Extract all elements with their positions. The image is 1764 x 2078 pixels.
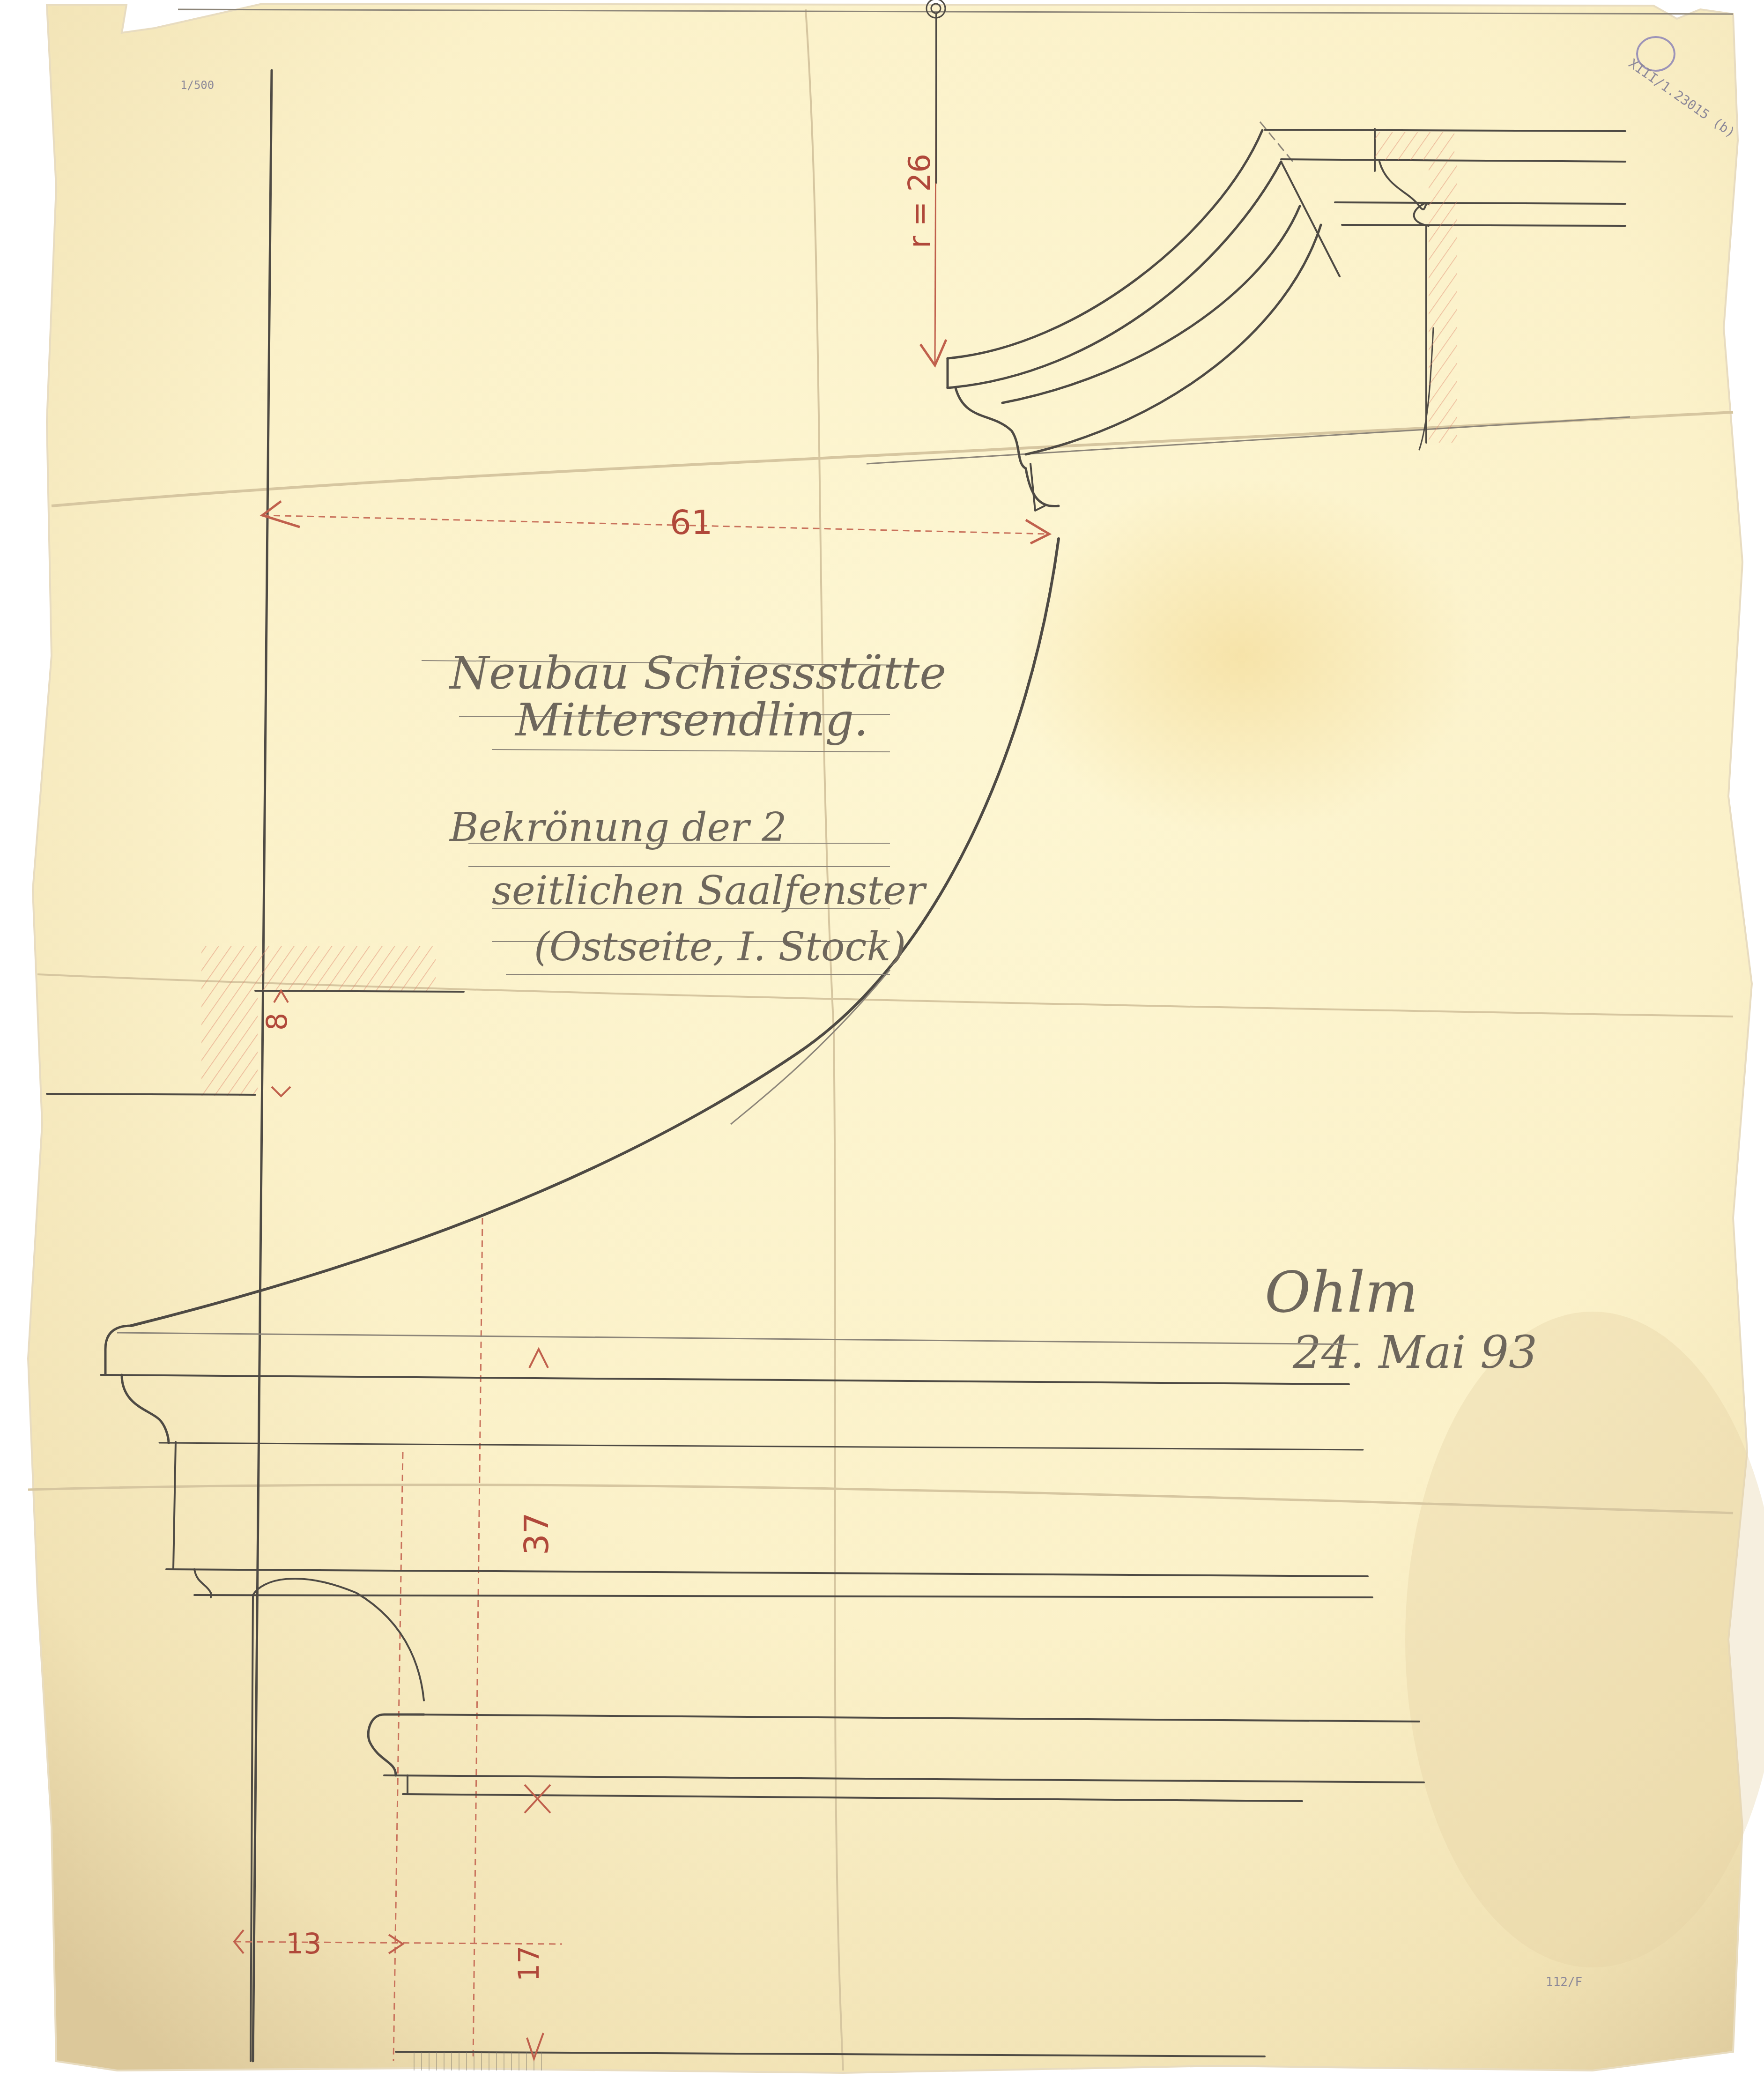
radius-label: r = 26	[903, 154, 937, 248]
title-line-2: Mittersendling.	[514, 694, 868, 746]
title-line-1: Neubau Schiessstätte	[449, 647, 946, 699]
top-left-mark: 1/500	[180, 79, 214, 92]
signature-date: 24. Mai 93	[1292, 1326, 1537, 1379]
drawing-sheet: r = 26 61	[0, 0, 1764, 2078]
height-8-label: 8	[261, 1013, 294, 1031]
title-line-3: Bekrönung der 2	[449, 804, 787, 850]
signature-name: Ohlm	[1265, 1260, 1418, 1325]
height-17-label: 17	[513, 1946, 546, 1982]
width-61-label: 61	[670, 503, 713, 542]
aged-corner-shade	[1405, 1312, 1764, 1967]
water-stain	[1007, 478, 1475, 834]
bottom-right-mark: 112/F	[1546, 1975, 1582, 1989]
height-37-label: 37	[517, 1512, 556, 1555]
title-line-5: (Ostseite, I. Stock)	[534, 924, 906, 970]
width-13-label: 13	[286, 1928, 321, 1960]
title-line-4: seitlichen Saalfenster	[492, 868, 927, 913]
